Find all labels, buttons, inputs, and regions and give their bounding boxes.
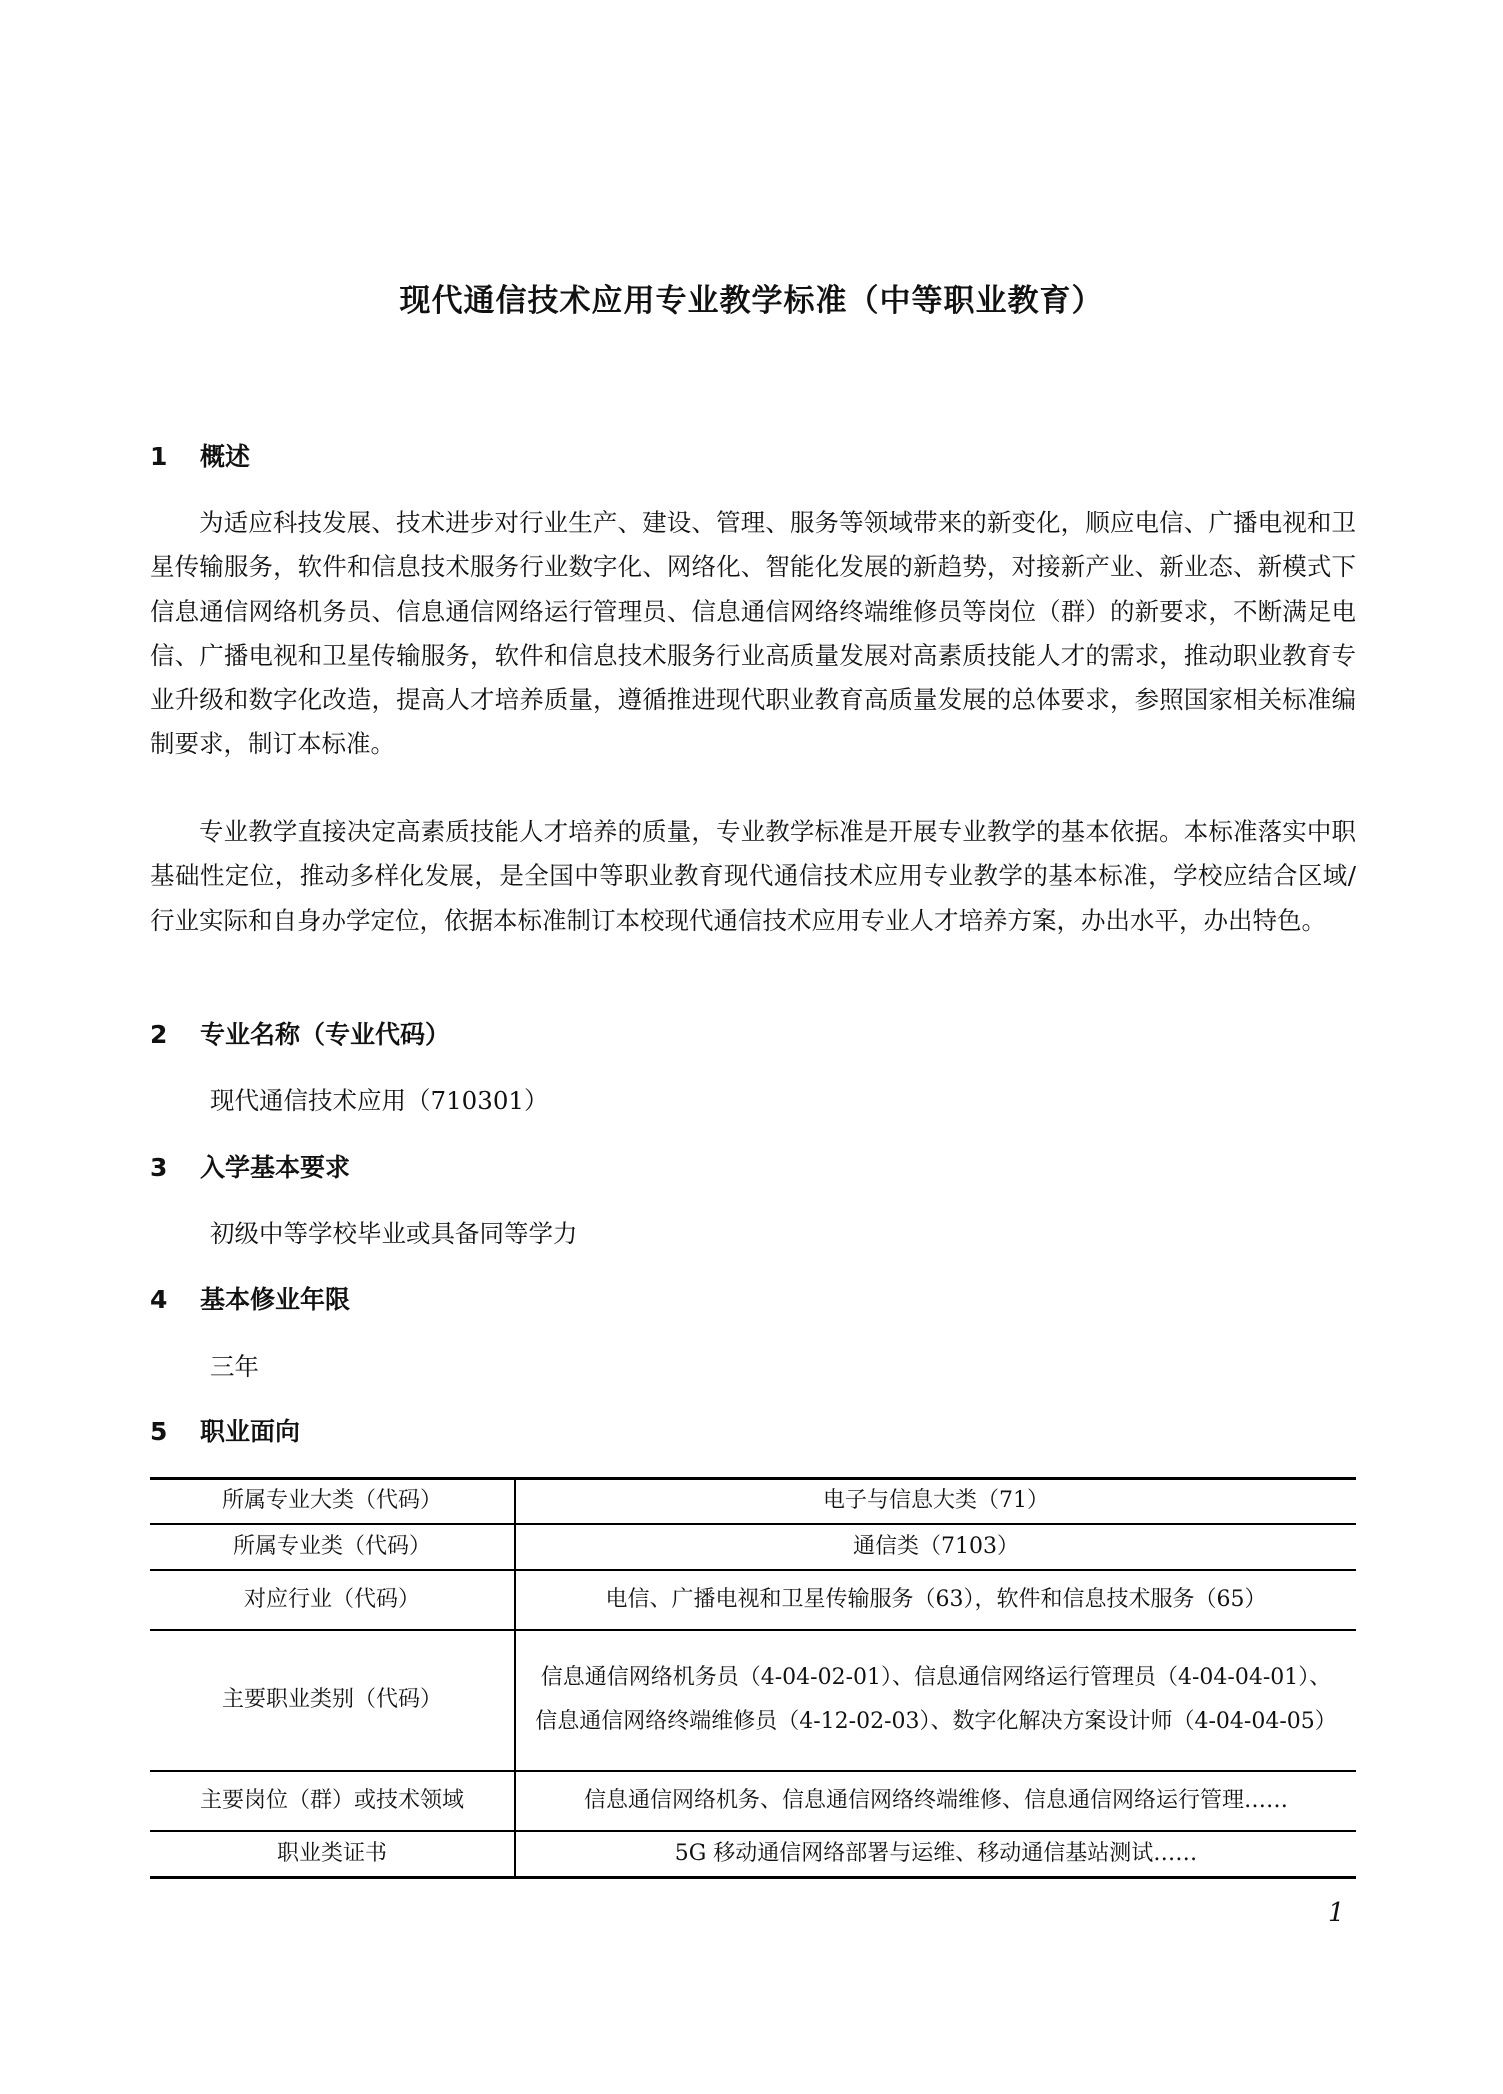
- section-heading-1: 1概述: [150, 440, 250, 474]
- table-row: 主要岗位（群）或技术领域 信息通信网络机务、信息通信网络终端维修、信息通信网络运…: [150, 1771, 1356, 1831]
- table-row-label: 主要岗位（群）或技术领域: [150, 1771, 515, 1831]
- table-row-value: 信息通信网络机务员（4-04-02-01）、信息通信网络运行管理员（4-04-0…: [515, 1630, 1356, 1771]
- document-title: 现代通信技术应用专业教学标准（中等职业教育）: [0, 275, 1503, 320]
- overview-paragraph-2: 专业教学直接决定高素质技能人才培养的质量，专业教学标准是开展专业教学的基本依据。…: [150, 810, 1356, 943]
- section-title: 专业名称（专业代码）: [200, 1020, 450, 1049]
- table-row-value: 信息通信网络机务、信息通信网络终端维修、信息通信网络运行管理……: [515, 1771, 1356, 1831]
- study-duration: 三年: [210, 1350, 259, 1384]
- table-row-label: 对应行业（代码）: [150, 1570, 515, 1630]
- table-row-value: 5G 移动通信网络部署与运维、移动通信基站测试……: [515, 1831, 1356, 1878]
- table-row: 主要职业类别（代码） 信息通信网络机务员（4-04-02-01）、信息通信网络运…: [150, 1630, 1356, 1771]
- occupation-orientation-table: 所属专业大类（代码） 电子与信息大类（71） 所属专业类（代码） 通信类（710…: [150, 1477, 1356, 1879]
- table-row-label: 主要职业类别（代码）: [150, 1630, 515, 1771]
- table-row-value: 电信、广播电视和卫星传输服务（63），软件和信息技术服务（65）: [515, 1570, 1356, 1630]
- table-row-value: 电子与信息大类（71）: [515, 1479, 1356, 1524]
- section-title: 概述: [200, 442, 250, 471]
- table-row: 职业类证书 5G 移动通信网络部署与运维、移动通信基站测试……: [150, 1831, 1356, 1878]
- table-row-label: 所属专业大类（代码）: [150, 1479, 515, 1524]
- page-number: 1: [1328, 1898, 1345, 1928]
- section-number: 2: [150, 1018, 200, 1052]
- section-heading-2: 2专业名称（专业代码）: [150, 1018, 450, 1052]
- section-heading-4: 4基本修业年限: [150, 1283, 350, 1317]
- section-title: 入学基本要求: [200, 1153, 350, 1182]
- table-row: 所属专业大类（代码） 电子与信息大类（71）: [150, 1479, 1356, 1524]
- section-number: 3: [150, 1151, 200, 1185]
- overview-paragraph-1: 为适应科技发展、技术进步对行业生产、建设、管理、服务等领域带来的新变化，顺应电信…: [150, 501, 1356, 767]
- table-row-label: 职业类证书: [150, 1831, 515, 1878]
- section-heading-3: 3入学基本要求: [150, 1151, 350, 1185]
- table-row: 所属专业类（代码） 通信类（7103）: [150, 1524, 1356, 1570]
- section-heading-5: 5职业面向: [150, 1415, 300, 1449]
- admission-requirement: 初级中等学校毕业或具备同等学力: [210, 1217, 578, 1251]
- major-name-code: 现代通信技术应用（710301）: [210, 1084, 549, 1118]
- section-title: 职业面向: [200, 1417, 300, 1446]
- section-title: 基本修业年限: [200, 1285, 350, 1314]
- section-number: 4: [150, 1283, 200, 1317]
- table-row-value: 通信类（7103）: [515, 1524, 1356, 1570]
- table-row-label: 所属专业类（代码）: [150, 1524, 515, 1570]
- section-number: 1: [150, 440, 200, 474]
- table-row: 对应行业（代码） 电信、广播电视和卫星传输服务（63），软件和信息技术服务（65…: [150, 1570, 1356, 1630]
- section-number: 5: [150, 1415, 200, 1449]
